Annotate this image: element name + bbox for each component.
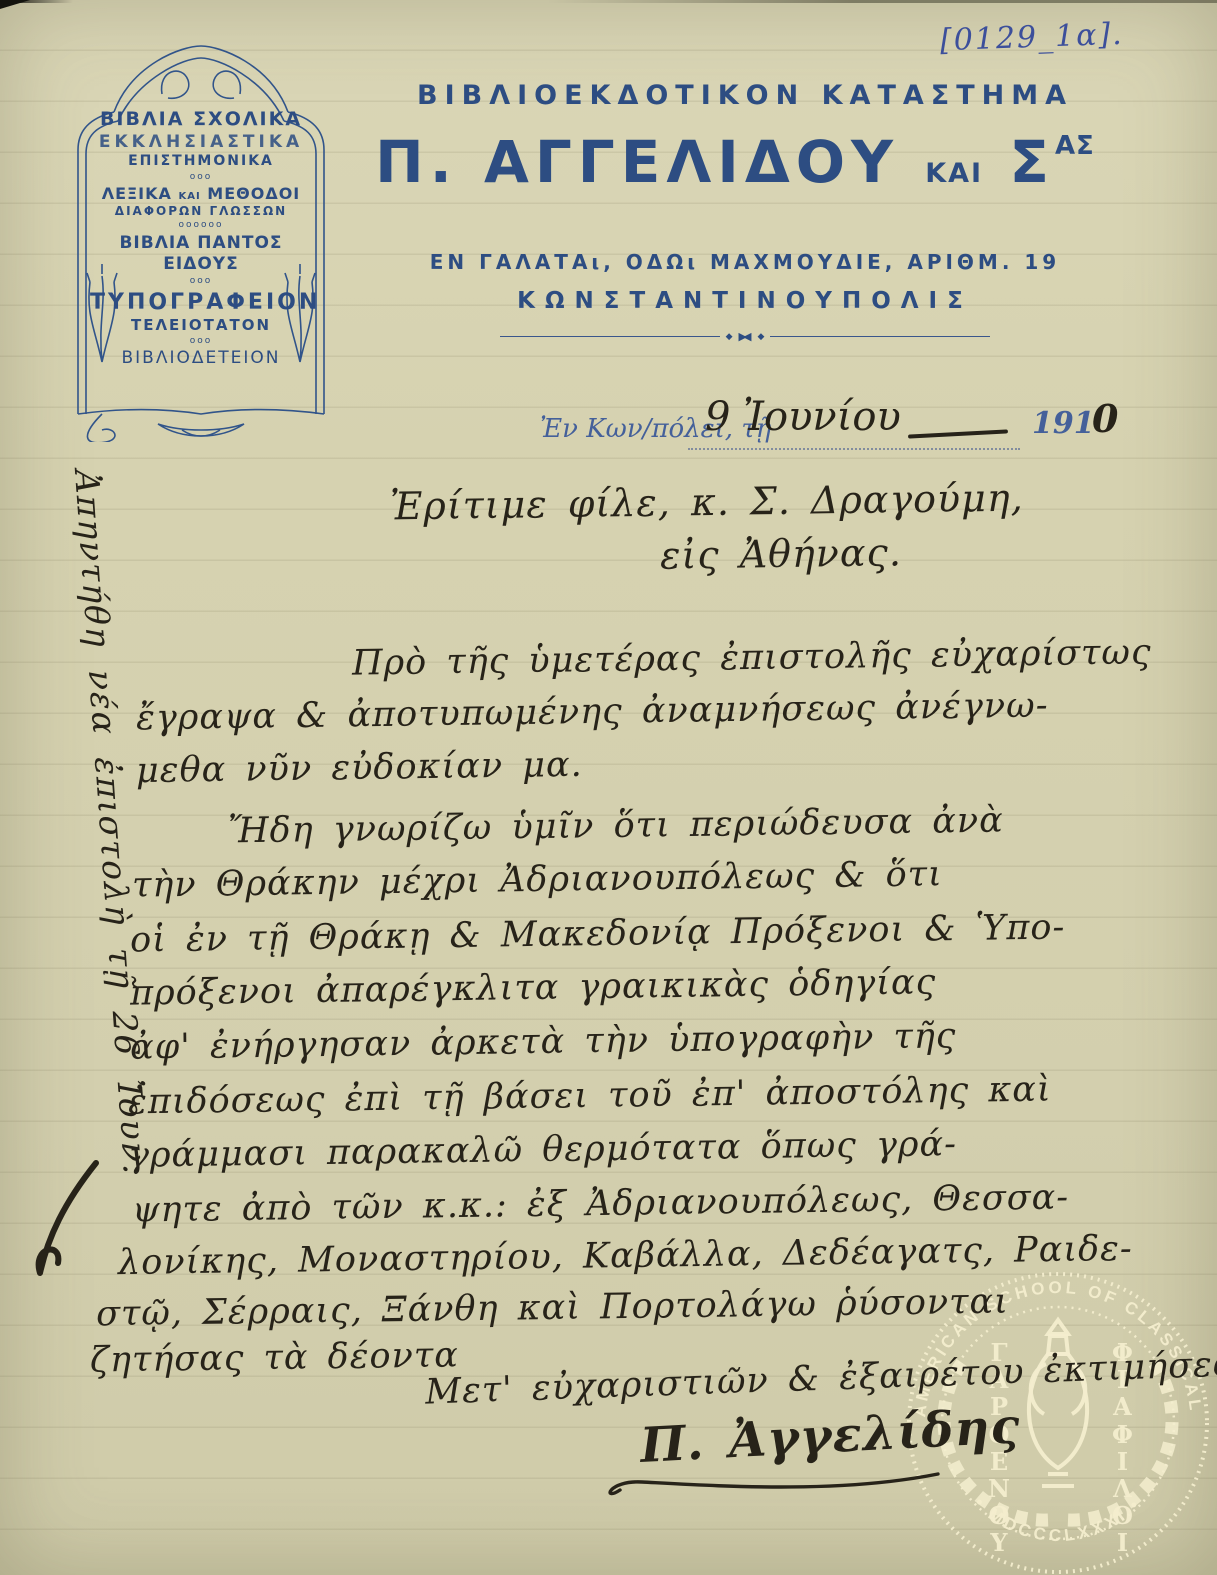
owner-sigma: Σ [1009,128,1055,196]
service-line: ΛΕΞΙΚΑ ΚΑΙ ΜΕΘΟΔΟΙ [90,184,312,204]
owner-main: Π. ΑΓΓΕΛΙΔΟΥ [375,128,899,196]
seal-letter: Λ [1113,1476,1132,1501]
service-word: ΜΕΘΟΔΟΙ [207,184,300,203]
archival-code: [0129_1α]. [939,17,1124,58]
signature-flourish-icon [598,1468,958,1508]
seal-letter: Ι [1117,1530,1128,1555]
divider-rule [770,336,990,337]
date-line: Ἐν Κων/πόλει, τῇ 9 Ἰουνίου 191 0 [0,398,1217,468]
year-handwritten-digit: 0 [1092,396,1118,441]
body-line: ἐπιδόσεως ἐπὶ τῇ βάσει τοῦ ἐπ' ἀποστόλης… [128,1070,1052,1123]
seal-letter: Α [1113,1394,1132,1419]
body-line: ψητε ἀπὸ τῶν κ.κ.: ἐξ Ἀδριανουπόλεως, Θε… [132,1177,1070,1230]
letterhead-address: ΕΝ ΓΑΛΑΤΑι, ΟΔΩι ΜΑΧΜΟΥΔΙΕ, ΑΡΙΘΜ. 19 [400,250,1090,274]
bowtie-ornament-icon: ▶◀ [739,330,752,343]
seal-letter: Ο [989,1503,1010,1528]
letterhead-services-panel: ΒΙΒΛΙΑ ΣΧΟΛΙΚΑ ΕΚΚΛΗΣΙΑΣΤΙΚΑ ΕΠΙΣΤΗΜΟΝΙΚ… [62,42,340,442]
services-text-block: ΒΙΒΛΙΑ ΣΧΟΛΙΚΑ ΕΚΚΛΗΣΙΑΣΤΙΚΑ ΕΠΙΣΤΗΜΟΝΙΚ… [90,108,312,370]
body-line: ἀφ' ἐνήργησαν ἀρκετὰ τὴν ὑπογραφὴν τῆς [130,1016,957,1068]
service-word: ΛΕΞΙΚΑ [102,184,172,203]
seal-letter: Υ [990,1530,1007,1555]
service-line: ΔΙΑΦΟΡΩΝ ΓΛΩΣΣΩΝ [90,204,312,219]
body-line: μεθα νῦν εὐδοκίαν μα. [136,745,583,791]
divider-rule [500,336,720,337]
seal-letter: Ν [988,1476,1010,1501]
scan-edge-artifact [0,0,1217,3]
margin-flourish-stroke-icon [18,1155,108,1295]
body-line: γράμμασι παρακαλῶ θερμότατα ὅπως γρά- [128,1124,957,1176]
service-line: ΒΙΒΛΙΑ ΣΧΟΛΙΚΑ [90,108,312,132]
letter-scan-page: [0129_1α]. [0,0,1217,1575]
circle-separator: οοο [90,275,312,289]
seal-letter: Φ [1112,1422,1133,1447]
year-printed: 191 [1032,406,1095,441]
owner-superscript: ΑΣ [1055,131,1095,161]
letterhead-owner-name: Π. ΑΓΓΕΛΙΔΟΥ ΚΑΙ ΣΑΣ [340,128,1130,196]
body-line: ἔγραψα & ἀποτυπωμένης ἀναμνήσεως ἀνέγνω- [136,686,1049,739]
circle-separator: οοο [90,171,312,185]
service-line: ΒΙΒΛΙΟΔΕΤΕΙΟΝ [90,348,312,369]
body-line: πρόξενοι ἀπαρέγκλιτα γραικικὰς ὁδηγίας [130,962,937,1013]
diamond-ornament-icon: ◆ [757,332,764,342]
service-line: ΤΥΠΟΓΡΑΦΕΙΟΝ [90,289,312,317]
seal-letter: Ι [1117,1449,1128,1474]
letterhead-store-type: ΒΙΒΛΙΟΕΚΔΟΤΙΚΟΝ ΚΑΤΑΣΤΗΜΑ [400,80,1090,111]
diamond-ornament-icon: ◆ [726,332,733,342]
body-line: στῷ, Σέρραις, Ξάνθη καὶ Πορτολάγω ῥύσοντ… [96,1282,1009,1335]
service-word-small: ΚΑΙ [178,191,200,202]
scan-corner-artifact [0,0,30,9]
salutation-recipient: Ἐρίτιμε φίλε, κ. Σ. Δραγούμη, [390,476,1024,529]
salutation-city: εἰς Ἀθήνας. [660,530,902,577]
circle-separator: οοο [90,335,312,349]
service-line: ΒΙΒΛΙΑ ΠΑΝΤΟΣ ΕΙΔΟΥΣ [90,233,312,276]
body-line: τὴν Θράκην μέχρι Ἀδριανουπόλεως & ὅτι [132,854,943,905]
owner-kai: ΚΑΙ [925,158,983,189]
body-line: Πρὸ τῆς ὑμετέρας ἐπιστολῆς εὐχαρίστως [352,632,1152,683]
service-line: ΕΠΙΣΤΗΜΟΝΙΚΑ [90,153,312,171]
letterhead-city: ΚΩΝΣΤΑΝΤΙΝΟΥΠΟΛΙΣ [400,288,1090,314]
body-line: οἱ ἐν τῇ Θράκῃ & Μακεδονίᾳ Πρόξενοι & Ὑπ… [130,907,1066,960]
date-handwritten: 9 Ἰουνίου [705,394,901,440]
letterhead-divider: ◆ ▶◀ ◆ [500,330,990,343]
seal-letter: Ο [1112,1503,1133,1528]
service-line: ΤΕΛΕΙΟΤΑΤΟΝ [90,316,312,335]
body-line: Ἤδη γνωρίζω ὑμῖν ὅτι περιώδευσα ἀνὰ [228,801,1004,852]
circle-separator: οοοοοο [90,219,312,233]
service-line: ΕΚΚΛΗΣΙΑΣΤΙΚΑ [90,132,312,153]
